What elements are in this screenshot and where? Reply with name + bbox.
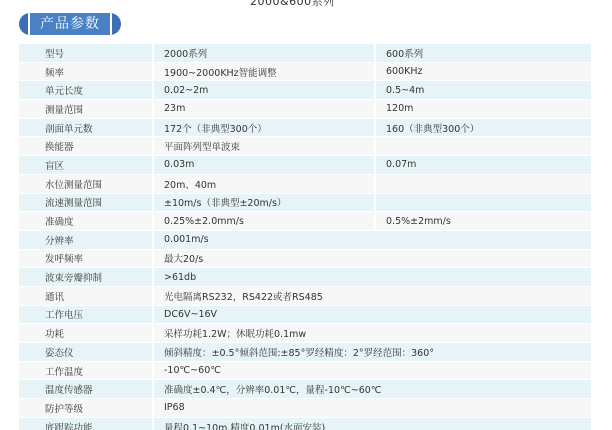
value-2000: 0.02~2m xyxy=(153,81,375,100)
row-label: 流速测量范围 xyxy=(19,193,153,212)
row-label: 频率 xyxy=(19,62,153,81)
value-2000: ±10m/s（非典型±20m/s） xyxy=(153,193,375,212)
value-2000: 23m xyxy=(153,100,375,119)
row-label: 波束旁瓣抑制 xyxy=(19,268,153,287)
value-600: 600KHz xyxy=(375,62,591,81)
value-600: 0.07m xyxy=(375,156,591,175)
table-row-operating-temp: 工作温度 -10℃~60℃ xyxy=(19,361,591,380)
table-row-cell-length: 单元长度 0.02~2m 0.5~4m xyxy=(19,81,591,100)
value-600 xyxy=(375,193,591,212)
cut-off-heading: 2000&600系列 xyxy=(250,0,335,9)
row-label: 防护等级 xyxy=(19,399,153,418)
row-label: 单元长度 xyxy=(19,81,153,100)
row-value: 采样功耗1.2W；休眠功耗0.1mw xyxy=(153,324,591,343)
value-2000: 0.25%±2.0mm/s xyxy=(153,212,375,231)
row-value: 倾斜精度：±0.5°倾斜范围:±85°罗经精度：2°罗经范围：360° xyxy=(153,343,591,362)
value-2000: 平面阵列型单波束 xyxy=(153,137,375,156)
title-right-cap xyxy=(110,13,121,35)
row-label: 工作电压 xyxy=(19,305,153,324)
value-600: 0.5~4m xyxy=(375,81,591,100)
row-label: 水位测量范围 xyxy=(19,174,153,193)
section-title-badge: 产品参数 xyxy=(19,13,121,35)
table-row-transducer: 换能器 平面阵列型单波束 xyxy=(19,137,591,156)
value-600: 160（非典型300个） xyxy=(375,118,591,137)
row-label: 准确度 xyxy=(19,212,153,231)
row-label: 底跟踪功能 xyxy=(19,417,153,430)
value-600 xyxy=(375,174,591,193)
section-title: 产品参数 xyxy=(30,13,110,35)
table-row-temp-sensor: 温度传感器 准确度±0.4℃，分辨率0.01℃，量程-10℃~60℃ xyxy=(19,380,591,399)
row-value: 0.001m/s xyxy=(153,230,591,249)
row-value: 最大20/s xyxy=(153,249,591,268)
row-value: 准确度±0.4℃，分辨率0.01℃，量程-10℃~60℃ xyxy=(153,380,591,399)
row-value: -10℃~60℃ xyxy=(153,361,591,380)
row-label: 剖面单元数 xyxy=(19,118,153,137)
row-label: 测量范围 xyxy=(19,100,153,119)
table-row-sidelobe-suppression: 波束旁瓣抑制 >61db xyxy=(19,268,591,287)
table-row-communication: 通讯 光电隔离RS232，RS422或者RS485 xyxy=(19,286,591,305)
table-row-profile-cells: 剖面单元数 172个（非典型300个） 160（非典型300个） xyxy=(19,118,591,137)
row-label: 通讯 xyxy=(19,286,153,305)
spec-table: 型号 2000系列 600系列 频率 1900~2000KHz智能调整 600K… xyxy=(19,44,591,430)
table-row-measure-range: 测量范围 23m 120m xyxy=(19,100,591,119)
value-600: 120m xyxy=(375,100,591,119)
row-value: 量程0.1~10m,精度0.01m(水面安装) xyxy=(153,417,591,430)
value-2000: 20m、40m xyxy=(153,174,375,193)
row-value: DC6V~16V xyxy=(153,305,591,324)
value-2000: 0.03m xyxy=(153,156,375,175)
table-row-attitude-sensor: 姿态仪 倾斜精度：±0.5°倾斜范围:±85°罗经精度：2°罗经范围：360° xyxy=(19,343,591,362)
table-row-velocity-range: 流速测量范围 ±10m/s（非典型±20m/s） xyxy=(19,193,591,212)
table-row-resolution: 分辨率 0.001m/s xyxy=(19,230,591,249)
row-label: 温度传感器 xyxy=(19,380,153,399)
table-row-voltage: 工作电压 DC6V~16V xyxy=(19,305,591,324)
value-600: 0.5%±2mm/s xyxy=(375,212,591,231)
row-value: >61db xyxy=(153,268,591,287)
table-row-blind-zone: 盲区 0.03m 0.07m xyxy=(19,156,591,175)
row-label: 发呼频率 xyxy=(19,249,153,268)
value-2000: 2000系列 xyxy=(153,44,375,62)
row-label: 姿态仪 xyxy=(19,343,153,362)
table-row-model: 型号 2000系列 600系列 xyxy=(19,44,591,62)
title-left-cap xyxy=(19,13,30,35)
row-label: 工作温度 xyxy=(19,361,153,380)
value-600 xyxy=(375,137,591,156)
row-value: 光电隔离RS232，RS422或者RS485 xyxy=(153,286,591,305)
table-row-accuracy: 准确度 0.25%±2.0mm/s 0.5%±2mm/s xyxy=(19,212,591,231)
value-2000: 172个（非典型300个） xyxy=(153,118,375,137)
table-row-power: 功耗 采样功耗1.2W；休眠功耗0.1mw xyxy=(19,324,591,343)
table-row-protection-rating: 防护等级 IP68 xyxy=(19,399,591,418)
row-label: 换能器 xyxy=(19,137,153,156)
row-value: IP68 xyxy=(153,399,591,418)
row-label: 功耗 xyxy=(19,324,153,343)
table-row-ping-rate: 发呼频率 最大20/s xyxy=(19,249,591,268)
value-2000: 1900~2000KHz智能调整 xyxy=(153,62,375,81)
table-row-frequency: 频率 1900~2000KHz智能调整 600KHz xyxy=(19,62,591,81)
table-row-bottom-tracking: 底跟踪功能 量程0.1~10m,精度0.01m(水面安装) xyxy=(19,417,591,430)
row-label: 盲区 xyxy=(19,156,153,175)
row-label: 型号 xyxy=(19,44,153,62)
value-600: 600系列 xyxy=(375,44,591,62)
table-row-water-level-range: 水位测量范围 20m、40m xyxy=(19,174,591,193)
row-label: 分辨率 xyxy=(19,230,153,249)
